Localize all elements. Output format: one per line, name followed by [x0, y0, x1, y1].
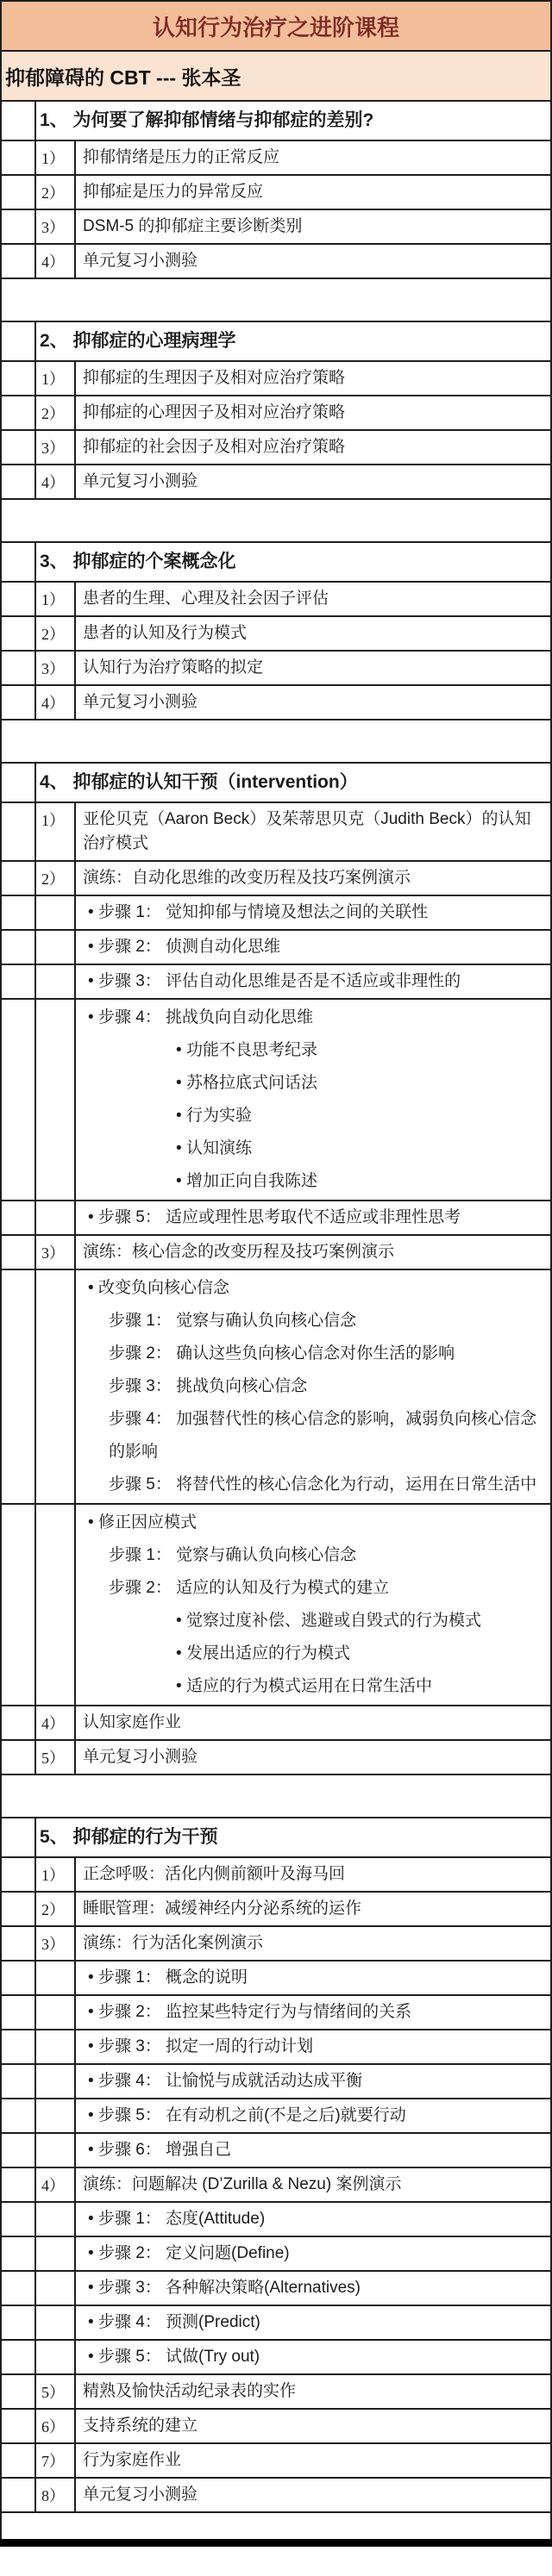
item-number-empty — [36, 2272, 76, 2305]
table-row-item: 3）DSM-5 的抑郁症主要诊断类别 — [2, 210, 550, 245]
item-text: 抑郁情绪是压力的正常反应 — [76, 141, 550, 174]
row-margin-cell — [2, 2341, 36, 2373]
step-text: 步骤 4： 预测(Predict) — [76, 2306, 550, 2339]
row-margin-cell — [2, 543, 36, 581]
item-number-empty — [36, 1505, 76, 1705]
step-sub-line: 步骤 2： 确认这些负向核心信念对你生活的影响 — [83, 1338, 545, 1370]
item-text: 单元复习小测验 — [76, 245, 550, 278]
row-margin-cell — [2, 965, 36, 998]
table-row-step: 步骤 1： 觉知抑郁与情境及想法之间的关联性 — [2, 896, 550, 931]
item-number: 4） — [36, 2168, 76, 2201]
step-sub-line: 步骤 1： 觉察与确认负向核心信念 — [83, 1305, 545, 1338]
table-row-step: 步骤 1： 态度(Attitude) — [2, 2203, 550, 2237]
row-margin-cell — [2, 141, 36, 174]
table-row-item: 8）单元复习小测验 — [2, 2479, 550, 2513]
table-row-step: 步骤 5： 在有动机之前(不是之后)就要行动 — [2, 2099, 550, 2134]
item-number-empty — [36, 2099, 76, 2132]
item-number: 5） — [36, 2375, 76, 2408]
table-row-item: 2）抑郁症的心理因子及相对应治疗策略 — [2, 396, 550, 431]
item-text: 抑郁症的生理因子及相对应治疗策略 — [76, 362, 550, 395]
block-cell: 步骤 4： 挑战负向自动化思维功能不良思考纪录苏格拉底式问话法行为实验认知演练增… — [76, 1000, 550, 1200]
item-text: 单元复习小测验 — [76, 465, 550, 498]
step-text: 步骤 1： 态度(Attitude) — [76, 2203, 550, 2236]
section-header-row: 2、 抑郁症的心理病理学 — [2, 322, 550, 362]
item-number: 8） — [36, 2479, 76, 2511]
block-cell: 修正因应模式步骤 1： 觉察与确认负向核心信念步骤 2： 适应的认知及行为模式的… — [76, 1505, 550, 1705]
bottom-bar — [0, 2539, 552, 2547]
item-number: 2） — [36, 862, 76, 895]
section-heading: 3、 抑郁症的个案概念化 — [36, 543, 550, 581]
row-margin-cell — [2, 1505, 36, 1705]
table-row-step: 步骤 3： 拟定一周的行动计划 — [2, 2030, 550, 2065]
row-margin-cell — [2, 2444, 36, 2477]
table-row-item: 4）单元复习小测验 — [2, 465, 550, 500]
item-text: 正念呼吸：活化内侧前额叶及海马回 — [76, 1858, 550, 1891]
step-sub-line: 步骤 4： 加强替代性的核心信念的影响，减弱负向核心信念的影响 — [83, 1403, 545, 1469]
item-text: 演练：核心信念的改变历程及技巧案例演示 — [76, 1236, 550, 1269]
section-header-row: 4、 抑郁症的认知干预（intervention） — [2, 764, 550, 803]
row-margin-cell — [2, 2134, 36, 2167]
row-margin-cell — [2, 2065, 36, 2098]
item-text: 演练：行为活化案例演示 — [76, 1927, 550, 1960]
table-row-item: 4）演练：问题解决 (D’Zurilla & Nezu) 案例演示 — [2, 2168, 550, 2203]
table-row-item: 3）认知行为治疗策略的拟定 — [2, 652, 550, 686]
item-number-empty — [36, 1000, 76, 1200]
step-text: 步骤 6： 增强自己 — [76, 2134, 550, 2167]
sub-bullet-line: 认知演练 — [83, 1132, 545, 1165]
row-margin-cell — [2, 583, 36, 615]
block-cell: 改变负向核心信念步骤 1： 觉察与确认负向核心信念步骤 2： 确认这些负向核心信… — [76, 1270, 550, 1503]
table-row-step: 步骤 5： 试做(Try out) — [2, 2341, 550, 2375]
item-number-empty — [36, 1201, 76, 1234]
sub-bullet-line: 发展出适应的行为模式 — [83, 1637, 545, 1670]
section-spacer-row — [2, 720, 550, 764]
row-margin-cell — [2, 1893, 36, 1925]
item-number: 2） — [36, 176, 76, 209]
table-row-step: 步骤 2： 监控某些特定行为与情绪间的关系 — [2, 1996, 550, 2030]
item-number: 4） — [36, 465, 76, 498]
row-margin-cell — [2, 431, 36, 464]
item-number-empty — [36, 2237, 76, 2270]
item-text: 行为家庭作业 — [76, 2444, 550, 2477]
step-text: 步骤 2： 侦测自动化思维 — [76, 931, 550, 964]
item-text: 睡眠管理：减缓神经内分泌系统的运作 — [76, 1893, 550, 1925]
step-text: 步骤 2： 监控某些特定行为与情绪间的关系 — [76, 1996, 550, 2029]
row-margin-cell — [2, 2479, 36, 2511]
step-text: 步骤 3： 各种解决策略(Alternatives) — [76, 2272, 550, 2305]
course-subtitle-text: 抑郁障碍的 CBT --- 张本圣 — [5, 62, 241, 90]
step-sub-line: 步骤 2： 适应的认知及行为模式的建立 — [83, 1572, 545, 1605]
item-number: 4） — [36, 245, 76, 278]
item-text: 单元复习小测验 — [76, 686, 550, 719]
item-number-empty — [36, 896, 76, 929]
item-number: 1） — [36, 141, 76, 174]
item-text: 单元复习小测验 — [76, 2479, 550, 2511]
section-heading: 1、 为何要了解抑郁情绪与抑郁症的差别? — [36, 102, 550, 140]
step-text: 步骤 1： 概念的说明 — [76, 1962, 550, 1994]
row-margin-cell — [2, 1818, 36, 1856]
item-number-empty — [36, 2306, 76, 2339]
table-row-step: 步骤 4： 预测(Predict) — [2, 2306, 550, 2341]
row-margin-cell — [2, 210, 36, 243]
row-margin-cell — [2, 652, 36, 684]
section-header-row: 3、 抑郁症的个案概念化 — [2, 543, 550, 583]
item-text: 抑郁症的社会因子及相对应治疗策略 — [76, 431, 550, 464]
item-number-empty — [36, 2341, 76, 2373]
table-row-block: 步骤 4： 挑战负向自动化思维功能不良思考纪录苏格拉底式问话法行为实验认知演练增… — [2, 1000, 550, 1201]
table-row-item: 2）患者的认知及行为模式 — [2, 617, 550, 652]
item-number-empty — [36, 1270, 76, 1503]
table-row-step: 步骤 3： 评估自动化思维是否是不适应或非理性的 — [2, 965, 550, 1000]
item-number-empty — [36, 965, 76, 998]
step-sub-line: 步骤 5： 将替代性的核心信念化为行动，运用在日常生活中 — [83, 1469, 545, 1501]
row-margin-cell — [2, 803, 36, 860]
item-text: 演练：问题解决 (D’Zurilla & Nezu) 案例演示 — [76, 2168, 550, 2201]
page-title: 认知行为治疗之进阶课程 — [0, 0, 552, 52]
table-row-item: 1）抑郁症的生理因子及相对应治疗策略 — [2, 362, 550, 396]
step-text: 步骤 1： 觉知抑郁与情境及想法之间的关联性 — [76, 896, 550, 929]
table-row-block: 修正因应模式步骤 1： 觉察与确认负向核心信念步骤 2： 适应的认知及行为模式的… — [2, 1505, 550, 1706]
table-row-item: 7）行为家庭作业 — [2, 2444, 550, 2479]
row-margin-cell — [2, 1000, 36, 1200]
step-sub-line: 步骤 1： 觉察与确认负向核心信念 — [83, 1539, 545, 1572]
bottom-spacer-row — [2, 2513, 550, 2539]
item-number-empty — [36, 2065, 76, 2098]
item-number-empty — [36, 1996, 76, 2029]
bullet-line: 步骤 4： 挑战负向自动化思维 — [83, 1001, 545, 1034]
table-row-item: 5）单元复习小测验 — [2, 1741, 550, 1775]
item-text: 认知家庭作业 — [76, 1706, 550, 1739]
course-outline-table: 1、 为何要了解抑郁情绪与抑郁症的差别?1）抑郁情绪是压力的正常反应2）抑郁症是… — [0, 102, 552, 2539]
course-outline-document: 认知行为治疗之进阶课程 抑郁障碍的 CBT --- 张本圣 1、 为何要了解抑郁… — [0, 0, 552, 2547]
row-margin-cell — [2, 1201, 36, 1234]
row-margin-cell — [2, 896, 36, 929]
section-spacer-row — [2, 279, 550, 322]
row-margin-cell — [2, 2168, 36, 2201]
item-text: DSM-5 的抑郁症主要诊断类别 — [76, 210, 550, 243]
section-heading: 2、 抑郁症的心理病理学 — [36, 322, 550, 360]
row-margin-cell — [2, 2030, 36, 2063]
row-margin-cell — [2, 102, 36, 140]
step-text: 步骤 5： 试做(Try out) — [76, 2341, 550, 2373]
row-margin-cell — [2, 1858, 36, 1891]
section-heading: 5、 抑郁症的行为干预 — [36, 1818, 550, 1856]
table-row-item: 5）精熟及愉快活动纪录表的实作 — [2, 2375, 550, 2410]
table-row-step: 步骤 1： 概念的说明 — [2, 1962, 550, 1996]
item-number: 3） — [36, 431, 76, 464]
item-number: 1） — [36, 362, 76, 395]
table-row-item: 4）单元复习小测验 — [2, 245, 550, 279]
row-margin-cell — [2, 862, 36, 895]
item-number: 4） — [36, 686, 76, 719]
item-number-empty — [36, 1962, 76, 1994]
item-number-empty — [36, 2134, 76, 2167]
table-row-item: 6）支持系统的建立 — [2, 2410, 550, 2444]
item-number: 6） — [36, 2410, 76, 2442]
table-row-item: 1）正念呼吸：活化内侧前额叶及海马回 — [2, 1858, 550, 1893]
row-margin-cell — [2, 245, 36, 278]
row-margin-cell — [2, 2237, 36, 2270]
row-margin-cell — [2, 465, 36, 498]
item-text: 患者的生理、心理及社会因子评估 — [76, 583, 550, 615]
section-spacer-row — [2, 500, 550, 543]
sub-bullet-line: 觉察过度补偿、逃避或自毁式的行为模式 — [83, 1605, 545, 1637]
row-margin-cell — [2, 2203, 36, 2236]
item-number-empty — [36, 2030, 76, 2063]
item-number-empty — [36, 931, 76, 964]
table-row-item: 2）抑郁症是压力的异常反应 — [2, 176, 550, 210]
row-margin-cell — [2, 1962, 36, 1994]
item-number: 4） — [36, 1706, 76, 1739]
item-text: 支持系统的建立 — [76, 2410, 550, 2442]
table-row-item: 4）单元复习小测验 — [2, 686, 550, 720]
step-text: 步骤 3： 拟定一周的行动计划 — [76, 2030, 550, 2063]
item-number: 2） — [36, 1893, 76, 1925]
course-subtitle: 抑郁障碍的 CBT --- 张本圣 — [0, 50, 552, 102]
row-margin-cell — [2, 1236, 36, 1269]
step-text: 步骤 5： 在有动机之前(不是之后)就要行动 — [76, 2099, 550, 2132]
section-header-row: 5、 抑郁症的行为干预 — [2, 1818, 550, 1858]
sub-bullet-line: 增加正向自我陈述 — [83, 1165, 545, 1198]
bullet-line: 修正因应模式 — [83, 1506, 545, 1539]
row-margin-cell — [2, 2099, 36, 2132]
sub-bullet-line: 行为实验 — [83, 1100, 545, 1132]
item-number: 2） — [36, 396, 76, 429]
page-title-text: 认知行为治疗之进阶课程 — [153, 10, 399, 42]
table-row-item: 4）认知家庭作业 — [2, 1706, 550, 1741]
item-number: 3） — [36, 652, 76, 684]
row-margin-cell — [2, 1270, 36, 1503]
row-margin-cell — [2, 1927, 36, 1960]
item-text: 抑郁症是压力的异常反应 — [76, 176, 550, 209]
item-number: 1） — [36, 1858, 76, 1891]
step-text: 步骤 2： 定义问题(Define) — [76, 2237, 550, 2270]
sub-bullet-line: 适应的行为模式运用在日常生活中 — [83, 1670, 545, 1703]
sub-bullet-line: 功能不良思考纪录 — [83, 1034, 545, 1067]
row-margin-cell — [2, 396, 36, 429]
step-text: 步骤 5： 适应或理性思考取代不适应或非理性思考 — [76, 1201, 550, 1234]
table-row-step: 步骤 3： 各种解决策略(Alternatives) — [2, 2272, 550, 2306]
row-margin-cell — [2, 1996, 36, 2029]
row-margin-cell — [2, 2410, 36, 2442]
table-row-step: 步骤 5： 适应或理性思考取代不适应或非理性思考 — [2, 1201, 550, 1236]
sub-bullet-line: 苏格拉底式问话法 — [83, 1067, 545, 1100]
table-row-item: 3）演练：行为活化案例演示 — [2, 1927, 550, 1962]
row-margin-cell — [2, 2306, 36, 2339]
item-number: 7） — [36, 2444, 76, 2477]
table-row-item: 3）抑郁症的社会因子及相对应治疗策略 — [2, 431, 550, 465]
section-spacer-row — [2, 1775, 550, 1818]
item-number: 3） — [36, 1927, 76, 1960]
row-margin-cell — [2, 686, 36, 719]
step-text: 步骤 3： 评估自动化思维是否是不适应或非理性的 — [76, 965, 550, 998]
item-number: 2） — [36, 617, 76, 650]
row-margin-cell — [2, 617, 36, 650]
table-row-block: 改变负向核心信念步骤 1： 觉察与确认负向核心信念步骤 2： 确认这些负向核心信… — [2, 1270, 550, 1505]
step-sub-line: 步骤 3： 挑战负向核心信念 — [83, 1370, 545, 1403]
item-text: 认知行为治疗策略的拟定 — [76, 652, 550, 684]
item-number-empty — [36, 2203, 76, 2236]
item-text: 精熟及愉快活动纪录表的实作 — [76, 2375, 550, 2408]
section-heading: 4、 抑郁症的认知干预（intervention） — [36, 764, 550, 801]
table-row-step: 步骤 4： 让愉悦与成就活动达成平衡 — [2, 2065, 550, 2099]
step-text: 步骤 4： 让愉悦与成就活动达成平衡 — [76, 2065, 550, 2098]
item-number: 1） — [36, 583, 76, 615]
item-text: 患者的认知及行为模式 — [76, 617, 550, 650]
table-row-item: 3）演练：核心信念的改变历程及技巧案例演示 — [2, 1236, 550, 1270]
row-margin-cell — [2, 2272, 36, 2305]
section-header-row: 1、 为何要了解抑郁情绪与抑郁症的差别? — [2, 102, 550, 141]
item-text: 单元复习小测验 — [76, 1741, 550, 1774]
row-margin-cell — [2, 176, 36, 209]
table-row-step: 步骤 2： 侦测自动化思维 — [2, 931, 550, 965]
row-margin-cell — [2, 1706, 36, 1739]
table-row-item: 1）患者的生理、心理及社会因子评估 — [2, 583, 550, 617]
row-margin-cell — [2, 931, 36, 964]
item-number: 5） — [36, 1741, 76, 1774]
row-margin-cell — [2, 1741, 36, 1774]
item-number: 3） — [36, 1236, 76, 1269]
row-margin-cell — [2, 362, 36, 395]
table-row-item: 1）抑郁情绪是压力的正常反应 — [2, 141, 550, 176]
table-row-item: 1）亚伦贝克（Aaron Beck）及茱蒂思贝克（Judith Beck）的认知… — [2, 803, 550, 862]
item-text: 亚伦贝克（Aaron Beck）及茱蒂思贝克（Judith Beck）的认知治疗… — [76, 803, 550, 860]
item-text: 演练：自动化思维的改变历程及技巧案例演示 — [76, 862, 550, 895]
row-margin-cell — [2, 2375, 36, 2408]
row-margin-cell — [2, 764, 36, 801]
row-margin-cell — [2, 322, 36, 360]
item-text: 抑郁症的心理因子及相对应治疗策略 — [76, 396, 550, 429]
item-number: 1） — [36, 803, 76, 860]
item-number: 3） — [36, 210, 76, 243]
table-row-step: 步骤 6： 增强自己 — [2, 2134, 550, 2168]
table-row-item: 2）演练：自动化思维的改变历程及技巧案例演示 — [2, 862, 550, 896]
bullet-line: 改变负向核心信念 — [83, 1272, 545, 1305]
table-row-step: 步骤 2： 定义问题(Define) — [2, 2237, 550, 2272]
table-row-item: 2）睡眠管理：减缓神经内分泌系统的运作 — [2, 1893, 550, 1927]
